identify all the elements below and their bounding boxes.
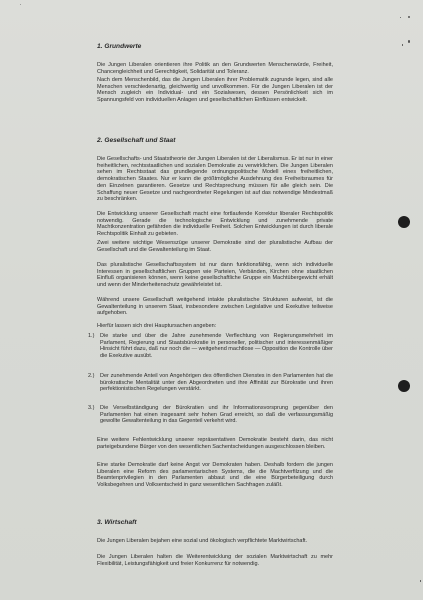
paragraph: Die Jungen Liberalen halten die Weiteren…	[97, 554, 333, 567]
list-number: 1.)	[88, 333, 94, 340]
paragraph: Während unsere Gesellschaft weitgehend i…	[97, 297, 333, 317]
paragraph: Eine weitere Fehlentwicklung unserer rep…	[97, 437, 333, 450]
paragraph: Hierfür lassen sich drei Hauptursachen a…	[97, 323, 333, 330]
scanned-page: 1. Grundwerte Die Jungen Liberalen orien…	[0, 0, 423, 600]
list-text: Der zunehmende Anteil von Angehörigen de…	[100, 373, 333, 393]
section-heading-grundwerte: 1. Grundwerte	[97, 43, 141, 50]
paragraph: Die Entwicklung unserer Gesellschaft mac…	[97, 211, 333, 238]
list-number: 2.)	[88, 373, 94, 380]
paragraph: Die Jungen Liberalen bejahen eine sozial…	[97, 538, 333, 545]
paragraph: Eine starke Demokratie darf keine Angst …	[97, 462, 333, 489]
paragraph: Die Gesellschafts- und Staatstheorie der…	[97, 156, 333, 203]
corner-mark	[400, 17, 401, 18]
corner-mark	[402, 44, 403, 46]
list-number: 3.)	[88, 405, 94, 412]
section-heading-wirtschaft: 3. Wirtschaft	[97, 519, 137, 526]
paragraph: Das pluralistische Gesellschaftssystem i…	[97, 262, 333, 289]
section-heading-gesellschaft-und-staat: 2. Gesellschaft und Staat	[97, 137, 175, 144]
paragraph: Zwei weitere wichtige Wesenszüge unserer…	[97, 240, 333, 253]
punch-hole-bottom	[398, 380, 410, 392]
paragraph: Die Jungen Liberalen orientieren ihre Po…	[97, 62, 333, 75]
punch-hole-top	[398, 216, 410, 228]
list-text: Die starke und über die Jahre zunehmende…	[100, 333, 333, 360]
paragraph: Nach dem Menschenbild, das die Jungen Li…	[97, 77, 333, 104]
edge-mark	[420, 580, 421, 582]
list-text: Die Verselbständigung der Bürokratien un…	[100, 405, 333, 425]
corner-mark	[408, 16, 410, 18]
edge-mark	[20, 4, 21, 5]
corner-mark	[408, 40, 410, 43]
